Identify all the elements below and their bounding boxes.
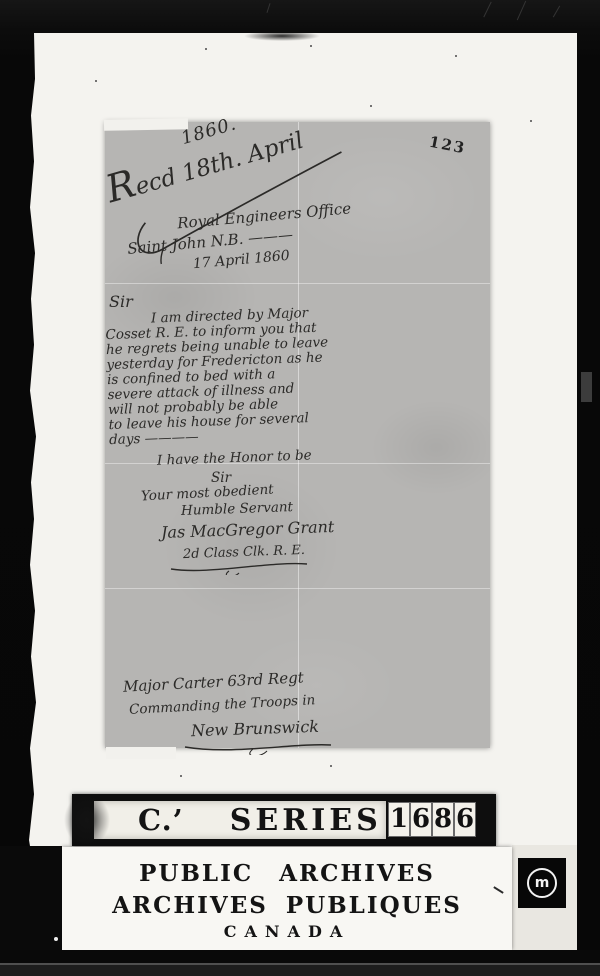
series-number-tiles: 1 6 8 6 bbox=[389, 803, 475, 836]
paper-crease-horizontal bbox=[105, 588, 490, 589]
series-label-strip: C.’ SERIES 1 6 8 6 bbox=[72, 794, 496, 846]
series-smudge bbox=[64, 794, 110, 846]
film-bottom-strip bbox=[0, 965, 600, 976]
series-digit-tile: 1 bbox=[389, 803, 409, 836]
series-digit-tile: 8 bbox=[433, 803, 453, 836]
series-word: SERIES bbox=[230, 803, 382, 838]
logo-circle-icon: m bbox=[527, 868, 557, 898]
series-white-strip: C.’ SERIES bbox=[94, 801, 386, 839]
white-speck bbox=[54, 937, 58, 941]
dust-speck bbox=[330, 765, 332, 767]
dust-speck bbox=[205, 48, 207, 50]
paper-crease-horizontal bbox=[105, 283, 490, 284]
placard-line-english: PUBLIC ARCHIVES bbox=[62, 860, 512, 887]
bottom-left-dark-patch bbox=[0, 846, 62, 958]
dust-speck bbox=[370, 105, 372, 107]
archives-placard: PUBLIC ARCHIVES ARCHIVES PUBLIQUES CANAD… bbox=[62, 847, 512, 950]
microfilm-logo: m bbox=[518, 858, 566, 908]
address-flourish bbox=[183, 739, 333, 755]
series-digit-tile: 6 bbox=[411, 803, 431, 836]
address-line: Major Carter 63rd Regt bbox=[123, 668, 304, 695]
dust-speck bbox=[455, 55, 457, 57]
logo-m-glyph: m bbox=[535, 875, 550, 891]
placard-line-canada: CANADA bbox=[62, 922, 512, 941]
film-scratch bbox=[517, 1, 526, 21]
address-line: New Brunswick bbox=[191, 717, 320, 740]
letter-body: I am directed by Major Cosset R. E. to i… bbox=[105, 305, 346, 448]
series-digit-tile: 6 bbox=[455, 803, 475, 836]
film-scratch bbox=[553, 6, 560, 18]
paper-tab-bottom bbox=[106, 747, 176, 759]
dust-speck bbox=[95, 80, 97, 82]
microfilm-frame: 123 1860. Recd 18th. April Royal Enginee… bbox=[0, 0, 600, 976]
dust-speck bbox=[530, 120, 532, 122]
closing-servant: Humble Servant bbox=[181, 499, 293, 519]
film-scratch bbox=[483, 2, 491, 18]
address-line: Commanding the Troops in bbox=[129, 692, 316, 718]
series-prefix: C.’ bbox=[138, 803, 184, 837]
letter-page: 123 1860. Recd 18th. April Royal Enginee… bbox=[105, 122, 490, 748]
salutation: Sir bbox=[109, 292, 133, 311]
signature: Jas MacGregor Grant bbox=[161, 517, 335, 542]
film-edge-notch bbox=[581, 372, 592, 402]
dust-speck bbox=[180, 775, 182, 777]
film-scratch bbox=[266, 3, 270, 13]
page-number-stamp: 123 bbox=[427, 133, 467, 158]
signature-flourish bbox=[169, 559, 309, 575]
top-edge-smudge bbox=[244, 31, 320, 41]
dust-speck bbox=[310, 45, 312, 47]
placard-line-french: ARCHIVES PUBLIQUES bbox=[62, 892, 512, 919]
closing-honor: I have the Honor to be bbox=[157, 447, 312, 468]
